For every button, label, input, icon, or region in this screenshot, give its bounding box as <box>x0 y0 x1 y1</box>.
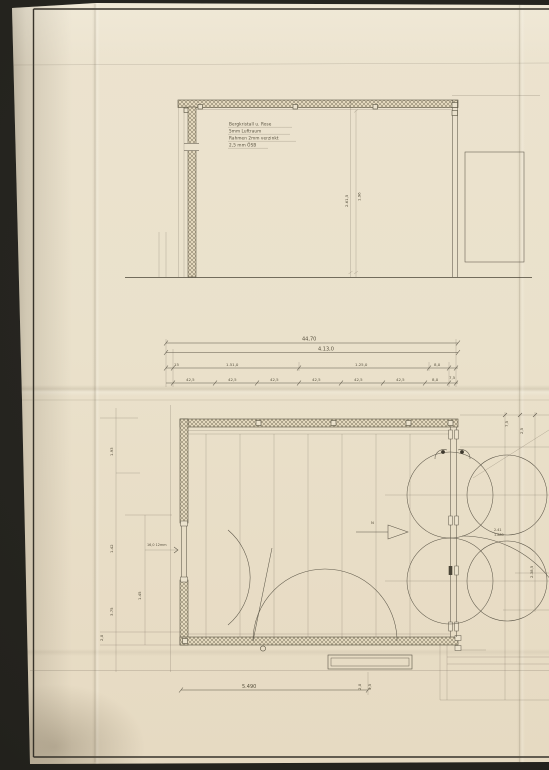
blueprint-drawing: 2.61,5 1.96 Bergkristall u. Rose 5mm Luf… <box>0 0 549 770</box>
revolving-unit-circles <box>385 449 549 624</box>
centre-door-arc <box>253 569 397 641</box>
centre-door-leaf <box>253 548 272 641</box>
right-dim-b: 2,5 <box>519 427 524 434</box>
direction-label: N <box>371 520 374 525</box>
photo-backdrop: 2.61,5 1.96 Bergkristall u. Rose 5mm Luf… <box>0 0 549 770</box>
bottom-dim-overall: 5.490 <box>242 684 256 690</box>
chain-total: 44,70 <box>302 337 316 343</box>
right-dim-c: 2.41 <box>494 528 502 532</box>
section-view: 2.61,5 1.96 Bergkristall u. Rose 5mm Luf… <box>125 96 540 278</box>
right-dim-d: 1.880 <box>494 533 504 537</box>
section-side-panel <box>465 152 524 262</box>
bottom-dim-mat-width: 4,5 <box>367 683 372 690</box>
chain-r3-3: 8,0 <box>434 362 441 367</box>
plan-left-dimensions: 1.93 1.42 3.75 1.45 16,0 12mm 2,0 <box>99 405 180 672</box>
pivot-block <box>449 566 453 575</box>
chain-subtotal: 4.13,0 <box>318 347 334 353</box>
section-height-dims: 2.61,5 1.96 <box>344 100 362 277</box>
entrance-mat <box>328 655 412 669</box>
chain-r4-1: 42,5 <box>228 377 237 382</box>
plan-top-wall <box>180 419 458 427</box>
note-line-4: 2,5 mm ÖSB <box>229 143 256 148</box>
left-dim-top: 1.93 <box>109 447 114 456</box>
dimension-chain: 44,70 4.13,0 15 1.51,0 1.25,0 8,0 42,5 4… <box>164 337 460 388</box>
blueprint-sheet: 2.61,5 1.96 Bergkristall u. Rose 5mm Luf… <box>0 0 549 770</box>
chain-r4-5: 42,5 <box>396 377 405 382</box>
chain-r3-0: 15 <box>174 362 179 367</box>
plan-left-wall <box>180 419 188 645</box>
left-dim-edge: 2,0 <box>99 634 104 641</box>
note-line-1: Bergkristall u. Rose <box>229 122 272 127</box>
left-dim-inner: 1.45 <box>137 591 142 600</box>
left-dim-low: 3.75 <box>109 607 114 616</box>
pivot-dot-left <box>441 450 445 454</box>
left-dim-note: 16,0 12mm <box>147 543 167 547</box>
floor-plan: N 1.93 1.42 3.75 1.45 <box>30 405 549 700</box>
pivot-dot-right <box>460 450 464 454</box>
chain-r4-4: 42,5 <box>354 377 363 382</box>
bottom-dim-mat-depth: 2,0 <box>357 683 362 690</box>
section-dim-inner: 2.61,5 <box>344 194 349 207</box>
section-left-wall <box>159 103 199 277</box>
chain-r3-2: 1.25,0 <box>355 362 368 367</box>
section-top-wall <box>178 100 458 108</box>
plan-right-wall <box>449 427 459 637</box>
chain-r4-2: 42,5 <box>270 377 279 382</box>
section-note-block: Bergkristall u. Rose 5mm Luftraum Rahmen… <box>228 122 296 149</box>
chain-r3-1: 1.51,0 <box>226 362 239 367</box>
plan-bottom-dimensions: 5.490 2,0 4,5 <box>30 645 549 700</box>
left-door-arc <box>228 530 250 625</box>
chain-r4-3: 42,5 <box>312 377 321 382</box>
direction-arrow-icon: N <box>356 520 408 539</box>
chain-r4-6: 8,0 <box>432 377 439 382</box>
chain-r4-0: 42,5 <box>186 377 195 382</box>
chain-r4-7: 7,5 <box>449 375 456 380</box>
right-dim-a: 7,5 <box>504 420 509 427</box>
note-line-2: 5mm Luftraum <box>229 129 261 134</box>
section-dim-clear: 1.96 <box>357 192 362 201</box>
left-dim-mid: 1.42 <box>109 544 114 553</box>
note-line-3: Rahmen 2mm verzinkt <box>229 136 279 141</box>
right-dim-e: 2.38,5 <box>529 565 534 578</box>
plan-partition-lines <box>206 434 410 637</box>
